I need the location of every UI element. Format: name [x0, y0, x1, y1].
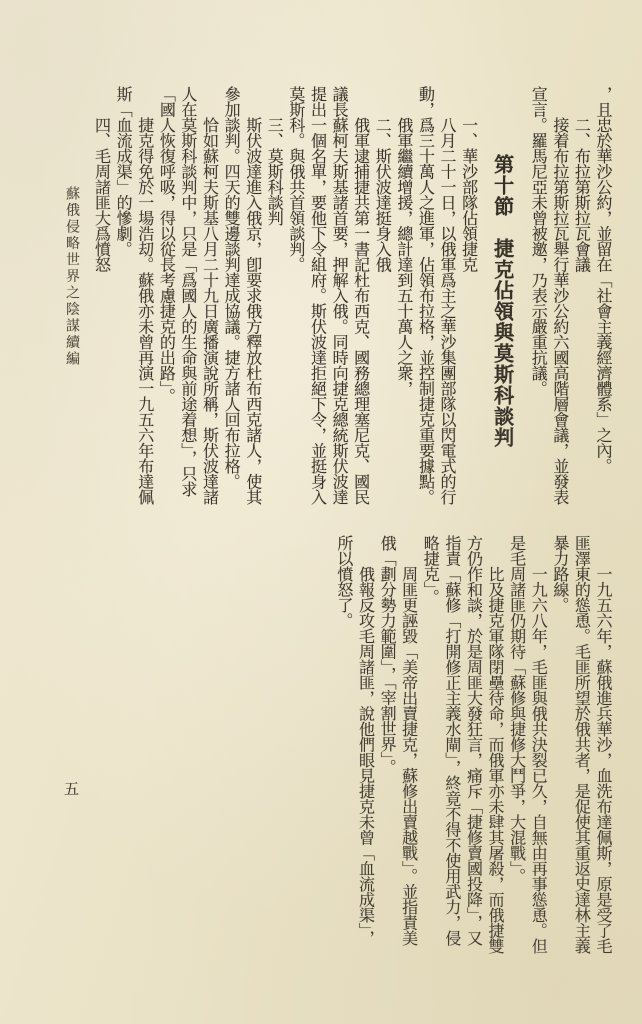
text-column: 二、斯伏波達挺身入俄	[372, 86, 394, 516]
page-number: 五	[64, 778, 79, 799]
text-column: 二、布拉第斯拉瓦會議	[571, 86, 593, 516]
text-column: 俄報反攻毛周諸匪，說他們眼見捷克未曾「血流成渠」，	[355, 535, 377, 973]
text-column: 一九五六年，蘇俄進兵華沙，血洗布達佩斯，原是受了毛	[592, 535, 614, 973]
text-column: 匪澤東的慫恿。毛匪所望於俄共者，是促使其重返史達林主義	[571, 535, 593, 973]
text-column: 斯伏波達進入俄京，卽要求俄方釋放杜布西克諸人，使其	[242, 86, 264, 516]
text-column: 是毛周諸匪仍期待「蘇修與捷修大鬥爭，大混戰」。	[506, 535, 528, 973]
scanned-page: 蘇俄侵略世界之陰謀續編 ，且忠於華沙公約，並留在「社會主義經濟體系」之內。二、布…	[0, 0, 642, 1024]
text-column: 俄「劃分勢力範圍」，「宰割世界」。	[376, 535, 398, 973]
text-column: 八月二十一日，以俄軍爲主之華沙集團部隊以閃電式的行	[436, 86, 458, 516]
section-heading: 第十節 捷克佔領與莫斯科談判	[487, 86, 519, 516]
text-column: 指責「蘇修「打開修正主義水閘」，終竟不得不使用武力，侵	[441, 535, 463, 973]
upper-text-band: ，且忠於華沙公約，並留在「社會主義經濟體系」之內。二、布拉第斯拉瓦會議接着布拉第…	[94, 86, 614, 516]
text-column: 比及捷克軍隊閉壘待命，而俄軍亦未肆其屠殺，而俄捷雙	[484, 535, 506, 973]
text-column: 一九六八年，毛匪與俄共決裂已久，自無由再事慫恿。但	[528, 535, 550, 973]
text-column: 人在莫斯科談判中，只是「爲國人的生命與前途着想」，只求	[177, 86, 199, 516]
text-column: 俄軍繼續增援，總計達到五十萬人之衆，	[393, 86, 415, 516]
text-column: 接着布拉第斯拉瓦舉行華沙公約六國高階層會議，並發表	[549, 86, 571, 516]
text-column: 俄軍逮捕捷共第一書記杜布西克、國務總理塞尼克、國民	[350, 86, 372, 516]
text-column: 「國人恢復呼吸，得以從長考慮捷克的出路」。	[156, 86, 178, 516]
text-column: 略捷克」。	[420, 535, 442, 973]
text-column: 三、莫斯科談判	[264, 86, 286, 516]
text-column: 四、毛周諸匪大爲憤怒	[91, 86, 113, 516]
text-column: 暴力路線。	[549, 535, 571, 973]
text-column: 一、華沙部隊佔領捷克	[458, 86, 480, 516]
text-column: ，且忠於華沙公約，並留在「社會主義經濟體系」之內。	[592, 86, 614, 516]
text-column: 斯「血流成渠」的慘劇。	[113, 86, 135, 516]
running-title: 蘇俄侵略世界之陰謀續編	[62, 186, 82, 368]
text-column: 宣言。羅馬尼亞未曾被邀，乃表示嚴重抗議。	[528, 86, 550, 516]
text-column: 周匪更誣毀「美帝出賣捷克，蘇修出賣越戰」。並指責美	[398, 535, 420, 973]
text-column: 動，爲三十萬人之進軍，佔領布拉格，並控制捷克重要據點。	[415, 86, 437, 516]
text-column: 捷克得免於一場浩刧。蘇俄亦未曾再演一九五六年布達佩	[134, 86, 156, 516]
text-column: 所以憤怒了。	[333, 535, 355, 973]
text-column: 方仍作和談，於是周匪大發狂言，痛斥「捷修賣國投降」，又	[463, 535, 485, 973]
text-column: 莫斯科。與俄共首領談判。	[285, 86, 307, 516]
text-column: 提出一個名單，要他下令組府。斯伏波達拒絕下令，並挺身入	[307, 86, 329, 516]
text-column: 參加談判。四天的雙邊談判達成協議。捷方諸人回布拉格。	[221, 86, 243, 516]
lower-text-band: 一九五六年，蘇俄進兵華沙，血洗布達佩斯，原是受了毛匪澤東的慫恿。毛匪所望於俄共者…	[324, 535, 614, 973]
text-column: 恰如蘇柯夫斯基八月二十九日廣播演說所稱，斯伏波達諸	[199, 86, 221, 516]
text-column: 議長蘇柯夫斯基諸首要，押解入俄。同時向捷克總統斯伏波達	[328, 86, 350, 516]
